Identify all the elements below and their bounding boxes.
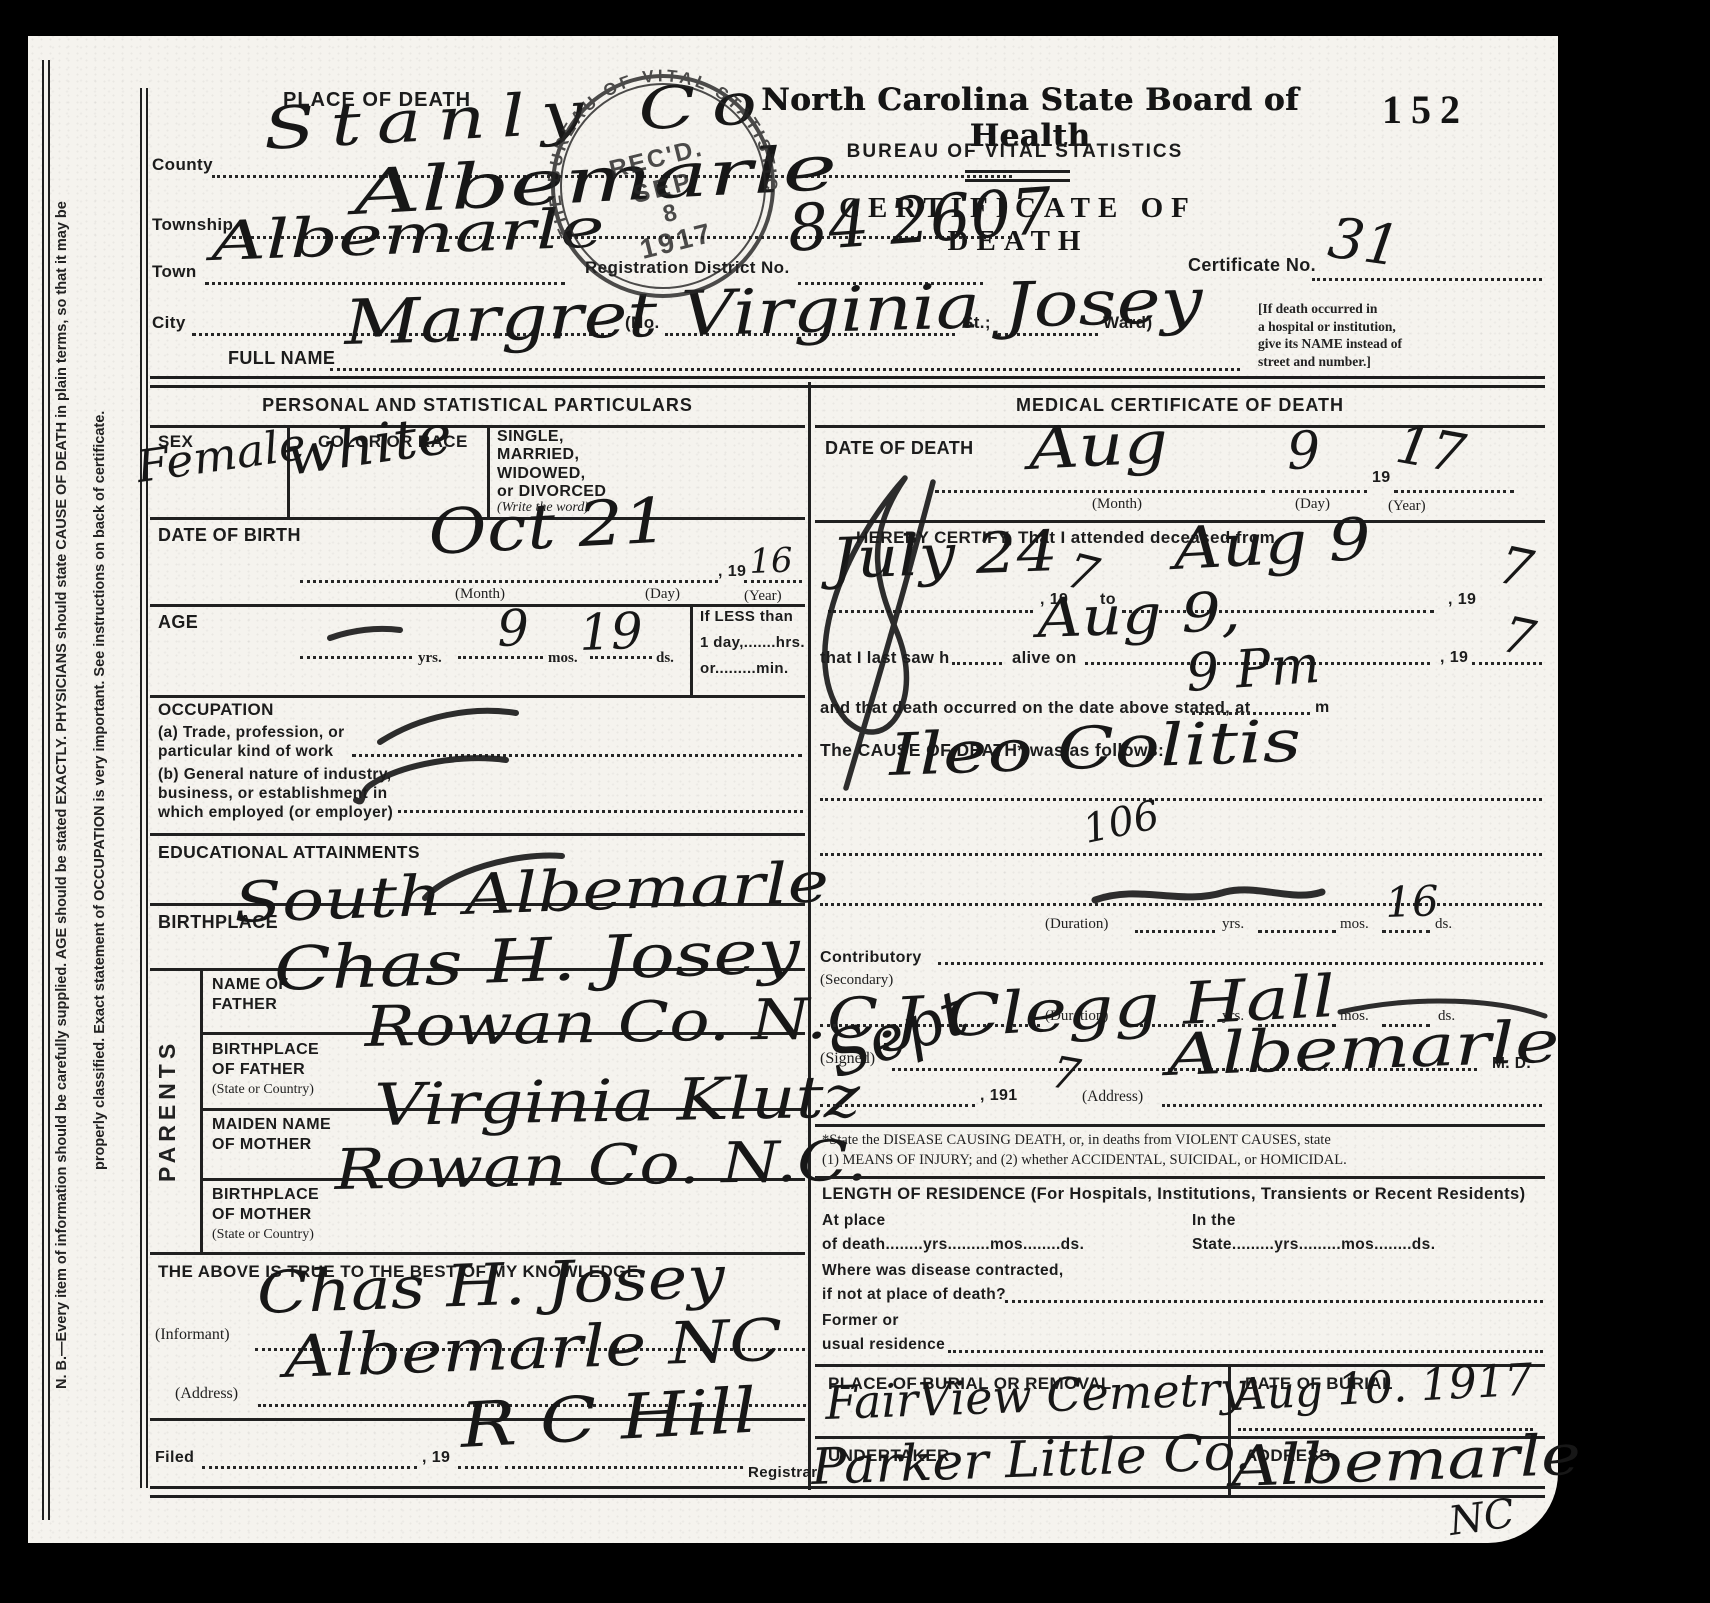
hospital-note: [If death occurred in a hospital or inst… — [1258, 300, 1473, 370]
undertaker-address-value: Albemarle — [1230, 1428, 1582, 1496]
duration1-mos-caption: mos. — [1340, 916, 1369, 933]
dod-year-caption: (Year) — [1388, 498, 1426, 515]
full-name-line — [330, 368, 1240, 371]
at-place-label: At place — [822, 1212, 886, 1231]
duration1-ds-value: 16 — [1385, 880, 1440, 924]
duration1-ds-line — [1382, 930, 1430, 933]
state-line: State.........yrs.........mos........ds. — [1192, 1236, 1435, 1255]
mother-birthplace-caption: (State or Country) — [212, 1227, 314, 1243]
county-label: County — [152, 155, 213, 176]
footnote-line1: *State the DISEASE CAUSING DEATH, or, in… — [822, 1132, 1331, 1149]
duration1-mos-line — [1258, 930, 1336, 933]
paper-edge-rule — [42, 60, 44, 1520]
residence-title: LENGTH OF RESIDENCE (For Hospitals, Inst… — [822, 1184, 1526, 1204]
dod-year-line — [1394, 490, 1514, 493]
age-yrs-caption: yrs. — [418, 650, 442, 667]
former-line1: Former or — [822, 1312, 899, 1331]
filed-year-prefix: , 19 — [422, 1448, 450, 1468]
right-rule-4 — [815, 1176, 1545, 1179]
age-ifless-divider — [690, 604, 693, 695]
attended-from-value: July 24 — [830, 524, 1059, 588]
registrar-line — [505, 1466, 743, 1469]
dob-value: Oct 21 — [427, 490, 670, 564]
death-at-value: 9 Pm — [1184, 639, 1321, 700]
cause-line-2 — [820, 853, 1542, 856]
left-rule-3 — [150, 604, 805, 607]
header-bottom-double-rule — [150, 376, 1545, 388]
contributory-line — [938, 962, 1543, 965]
father-birthplace-caption: (State or Country) — [212, 1082, 314, 1098]
contracted-line2: if not at place of death? — [822, 1286, 1006, 1305]
dod-year-value: 17 — [1392, 417, 1469, 482]
certificate-no-line — [1312, 278, 1542, 281]
town-label: Town — [152, 262, 197, 283]
to-year-prefix: , 19 — [1448, 590, 1476, 610]
duration1-ds-caption: ds. — [1435, 916, 1452, 933]
bureau-subtitle: BUREAU OF VITAL STATISTICS — [845, 140, 1185, 163]
undertaker-value: Parker Little Co. — [810, 1427, 1251, 1492]
occupation-b-label: (b) General nature of industry, business… — [158, 766, 393, 823]
attended-from-line — [828, 610, 1033, 613]
left-rule-5 — [150, 833, 805, 836]
mother-birthplace-value: Rowan Co. N.C. — [334, 1134, 868, 1199]
dob-year-prefix: , 19 — [718, 562, 746, 582]
age-mos-value: 9 — [496, 603, 530, 654]
column-divider — [808, 382, 811, 1490]
last-saw-blank-line — [952, 662, 1002, 665]
city-label: City — [152, 313, 186, 334]
certificate-no-value: 31 — [1325, 211, 1403, 276]
occupation-label: OCCUPATION — [158, 700, 274, 721]
undertaker-address-extra: NC — [1446, 1493, 1517, 1542]
former-residence-line — [948, 1350, 1543, 1353]
dob-year-value: 16 — [749, 544, 793, 579]
dod-day-value: 9 — [1286, 425, 1321, 478]
filed-year-line — [458, 1466, 498, 1469]
father-birthplace-label: BIRTHPLACE OF FATHER — [212, 1040, 319, 1079]
stamp-year-text: 1917 — [637, 217, 717, 265]
sign-address-label: (Address) — [1082, 1088, 1143, 1106]
dod-label: DATE OF DEATH — [825, 438, 974, 460]
education-label: EDUCATIONAL ATTAINMENTS — [158, 842, 420, 863]
ifless-line2: 1 day,.......hrs. — [700, 634, 805, 652]
age-label: AGE — [158, 612, 198, 634]
duration1-caption: (Duration) — [1045, 916, 1108, 933]
registrar-signature: R C Hill — [459, 1380, 758, 1457]
cause-line-1 — [820, 798, 1542, 801]
dod-month-caption: (Month) — [1092, 496, 1142, 513]
dod-day-line — [1272, 490, 1367, 493]
sign-year-prefix: , 191 — [980, 1086, 1018, 1106]
cause-value: Ileo Colitis — [888, 712, 1302, 784]
dod-year-prefix: 19 — [1372, 468, 1391, 488]
informant-address-value: Albemarle NC — [283, 1311, 783, 1386]
age-ds-caption: ds. — [656, 650, 674, 667]
dob-label: DATE OF BIRTH — [158, 525, 301, 547]
certificate-no-label: Certificate No. — [1188, 255, 1316, 277]
age-yrs-line — [300, 656, 412, 659]
registration-district-value: 84 2607 — [786, 180, 1054, 262]
mother-birthplace-label: BIRTHPLACE OF MOTHER — [212, 1185, 319, 1224]
informant-address-label: (Address) — [175, 1385, 238, 1403]
last-saw-year-prefix: , 19 — [1440, 648, 1468, 668]
scanned-certificate: N. B.—Every item of information should b… — [0, 0, 1710, 1603]
occupation-a-label: (a) Trade, profession, or particular kin… — [158, 724, 345, 762]
footnote-line2: (1) MEANS OF INJURY; and (2) whether ACC… — [822, 1152, 1347, 1169]
dod-month-value: Aug — [1027, 413, 1169, 478]
informant-label: (Informant) — [155, 1326, 230, 1344]
margin-note-line2: properly classified. Exact statement of … — [92, 140, 122, 1440]
ifless-line3: or.........min. — [700, 660, 789, 678]
alive-on-label: alive on — [1012, 648, 1077, 668]
secondary-caption: (Secondary) — [820, 972, 893, 989]
burial-place-value: FairView Cemetry — [824, 1365, 1246, 1426]
filed-label: Filed — [155, 1448, 194, 1468]
age-mos-caption: mos. — [548, 650, 578, 667]
right-section-title: MEDICAL CERTIFICATE OF DEATH — [815, 395, 1545, 417]
sign-address-value: Albemarle — [1166, 1012, 1560, 1084]
duration1-yrs-caption: yrs. — [1222, 916, 1244, 933]
margin-divider-rule-2 — [146, 88, 148, 1488]
left-rule-4 — [150, 695, 805, 698]
contributory-label: Contributory — [820, 948, 922, 968]
dod-month-line — [935, 490, 1265, 493]
full-name-label: FULL NAME — [228, 348, 335, 370]
sign-date-line — [820, 1104, 975, 1107]
paper-edge-rule-2 — [48, 60, 50, 1520]
former-line2: usual residence — [822, 1336, 945, 1355]
page-number: 152 — [1382, 86, 1469, 133]
ifless-line1: If LESS than — [700, 608, 793, 626]
contracted-line — [1005, 1300, 1543, 1303]
mother-name-value: Virginia Klutz — [374, 1068, 861, 1134]
margin-note-line1: N. B.—Every item of information should b… — [54, 80, 88, 1510]
left-section-title: PERSONAL AND STATISTICAL PARTICULARS — [150, 395, 805, 417]
duration1-yrs-line — [1135, 930, 1215, 933]
mother-name-label: MAIDEN NAME OF MOTHER — [212, 1115, 331, 1154]
attended-to-value: Aug 9 — [1172, 510, 1372, 578]
dob-day-caption: (Day) — [645, 586, 680, 603]
dob-year-caption: (Year) — [744, 588, 782, 605]
parents-label: PARENTS — [154, 985, 194, 1235]
received-stamp: THE BUREAU OF VITAL STATISTICS REC'D. SE… — [543, 66, 783, 306]
sign-address-line — [1162, 1104, 1542, 1107]
of-death-line: of death........yrs.........mos........d… — [822, 1236, 1084, 1255]
last-saw-label: that I last saw h — [820, 648, 950, 668]
contracted-line1: Where was disease contracted, — [822, 1262, 1064, 1281]
occupation-a-line — [352, 754, 802, 757]
margin-divider-rule — [140, 88, 142, 1488]
in-the-label: In the — [1192, 1212, 1236, 1231]
dob-year-line — [744, 580, 802, 583]
dob-line — [300, 580, 718, 583]
last-saw-value: Aug 9, — [1036, 585, 1241, 646]
filed-line — [202, 1466, 417, 1469]
occupation-b-line — [398, 810, 803, 813]
right-rule-3 — [815, 1124, 1545, 1127]
death-at-m-caption: m — [1315, 698, 1330, 718]
age-ds-value: 19 — [578, 606, 643, 658]
